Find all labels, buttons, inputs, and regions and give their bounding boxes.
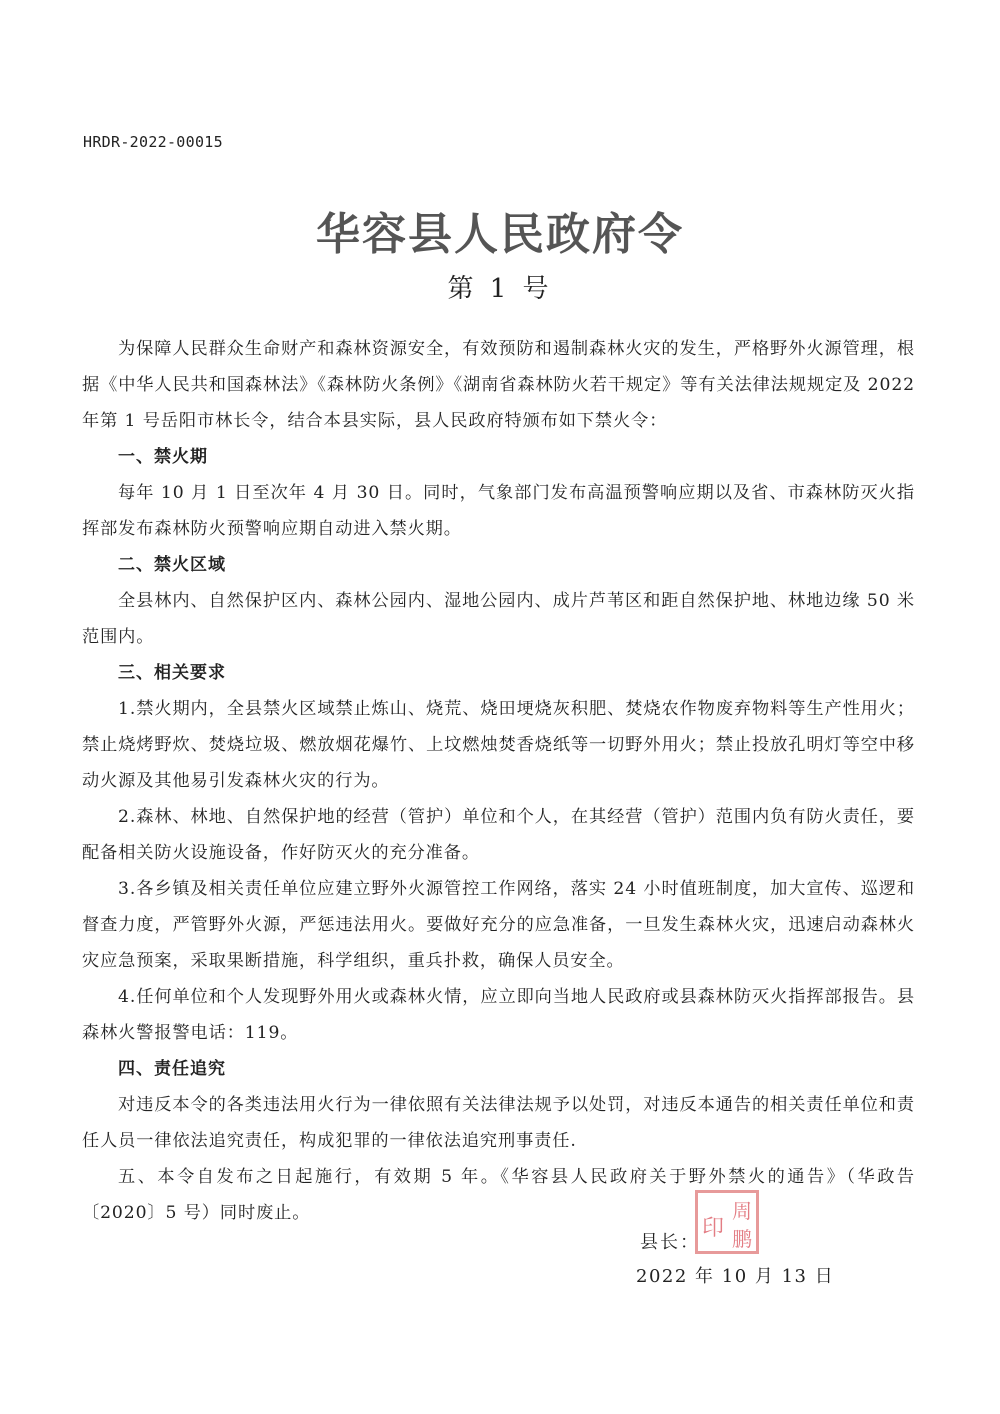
section-heading-3: 三、相关要求 [82,655,915,691]
order-number: 第 1 号 [0,268,1000,305]
section-3-item-1: 1.禁火期内，全县禁火区域禁止炼山、烧荒、烧田埂烧灰积肥、焚烧农作物废弃物料等生… [82,691,915,799]
closing-paragraph: 五、本令自发布之日起施行，有效期 5 年。《华容县人民政府关于野外禁火的通告》（… [82,1159,915,1231]
seal-char-right-top: 周 [732,1195,752,1224]
document-body: 为保障人民群众生命财产和森林资源安全，有效预防和遏制森林火灾的发生，严格野外火源… [82,331,915,1231]
section-4-paragraph: 对违反本令的各类违法用火行为一律依照有关法律法规予以处罚，对违反本通告的相关责任… [82,1087,915,1159]
document-title: 华容县人民政府令 [0,198,1000,262]
section-3-item-4: 4.任何单位和个人发现野外用火或森林火情，应立即向当地人民政府或县森林防灭火指挥… [82,979,915,1051]
document-id: HRDR-2022-00015 [83,133,223,151]
section-heading-2: 二、禁火区域 [82,547,915,583]
section-3-item-2: 2.森林、林地、自然保护地的经营（管护）单位和个人，在其经营（管护）范围内负有防… [82,799,915,871]
signature-label: 县长： [640,1228,700,1254]
official-seal-stamp: 印 周 鹏 [695,1190,759,1254]
section-1-paragraph: 每年 10 月 1 日至次年 4 月 30 日。同时，气象部门发布高温预警响应期… [82,475,915,547]
section-heading-1: 一、禁火期 [82,439,915,475]
section-2-paragraph: 全县林内、自然保护区内、森林公园内、湿地公园内、成片芦苇区和距自然保护地、林地边… [82,583,915,655]
issue-date: 2022 年 10 月 13 日 [636,1262,834,1288]
seal-char-left: 印 [702,1211,724,1242]
document-page: HRDR-2022-00015 华容县人民政府令 第 1 号 为保障人民群众生命… [0,0,1000,1414]
section-heading-4: 四、责任追究 [82,1051,915,1087]
intro-paragraph: 为保障人民群众生命财产和森林资源安全，有效预防和遏制森林火灾的发生，严格野外火源… [82,331,915,439]
section-3-item-3: 3.各乡镇及相关责任单位应建立野外火源管控工作网络，落实 24 小时值班制度，加… [82,871,915,979]
seal-char-right-bottom: 鹏 [732,1223,752,1252]
